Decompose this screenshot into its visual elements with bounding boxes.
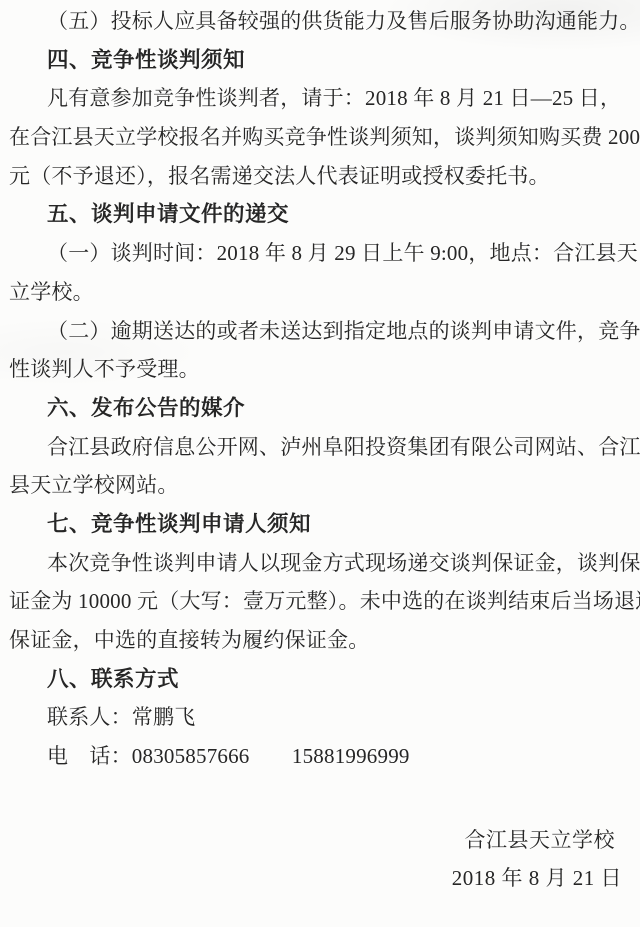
text-line: 性谈判人不予受理。	[9, 350, 634, 389]
text-line: 元（不予退还），报名需递交法人代表证明或授权委托书。	[9, 157, 634, 196]
text-line: 县天立学校网站。	[9, 466, 634, 505]
text-line: 凡有意参加竞争性谈判者，请于：2018 年 8 月 21 日—25 日，	[9, 79, 634, 118]
section-heading: 五、谈判申请文件的递交	[9, 195, 634, 234]
document-body: （五）投标人应具备较强的供货能力及售后服务协助沟通能力。四、竞争性谈判须知凡有意…	[0, 0, 640, 776]
section-heading: 四、竞争性谈判须知	[9, 41, 634, 80]
text-line: 电 话：08305857666 15881996999	[9, 737, 634, 776]
text-line: 合江县政府信息公开网、泸州阜阳投资集团有限公司网站、合江	[9, 428, 634, 467]
signature-organization: 合江县天立学校	[0, 821, 622, 860]
text-line: 联系人：常鹏飞	[9, 698, 634, 737]
text-line: 证金为 10000 元（大写：壹万元整）。未中选的在谈判结束后当场退还	[9, 582, 634, 621]
text-line: 在合江县天立学校报名并购买竞争性谈判须知，谈判须知购买费 200	[9, 118, 634, 157]
text-line: 保证金，中选的直接转为履约保证金。	[9, 621, 634, 660]
scanned-document-page: （五）投标人应具备较强的供货能力及售后服务协助沟通能力。四、竞争性谈判须知凡有意…	[0, 0, 640, 927]
text-line: 本次竞争性谈判申请人以现金方式现场递交谈判保证金，谈判保	[9, 544, 634, 583]
text-line: 立学校。	[9, 273, 634, 312]
section-heading: 六、发布公告的媒介	[9, 389, 634, 428]
signature-date: 2018 年 8 月 21 日	[0, 859, 622, 898]
text-line: （五）投标人应具备较强的供货能力及售后服务协助沟通能力。	[9, 2, 634, 41]
signature-block: 合江县天立学校 2018 年 8 月 21 日	[0, 821, 640, 898]
text-line: （一）谈判时间：2018 年 8 月 29 日上午 9:00，地点：合江县天	[9, 234, 634, 273]
section-heading: 八、联系方式	[9, 660, 634, 699]
section-heading: 七、竞争性谈判申请人须知	[9, 505, 634, 544]
text-line: （二）逾期送达的或者未送达到指定地点的谈判申请文件，竞争	[9, 312, 634, 351]
